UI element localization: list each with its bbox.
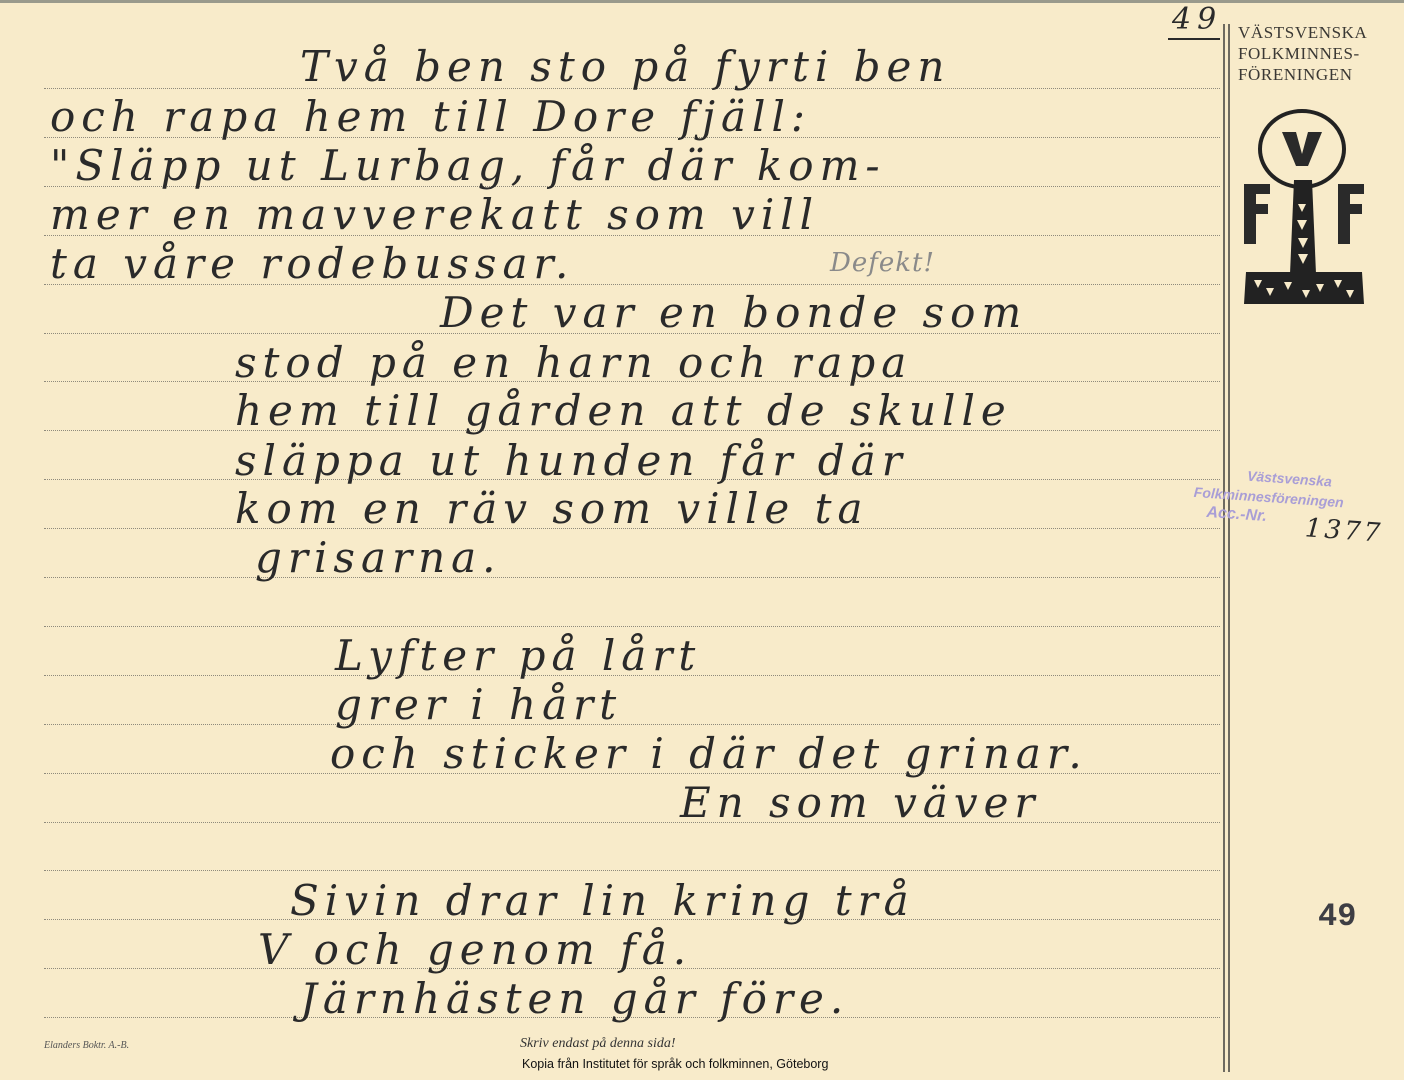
printer-imprint: Elanders Boktr. A.-B.	[44, 1040, 129, 1051]
accession-number: 1377	[1304, 513, 1384, 548]
manuscript-line: mer en mavverekatt som vill	[50, 194, 819, 236]
manuscript-line: "Släpp ut Lurbag, får där kom-	[50, 145, 886, 187]
copy-notice: Kopia från Institutet för språk och folk…	[522, 1057, 828, 1071]
handwritten-page-number: 49	[1172, 2, 1222, 37]
manuscript-line: hem till gården att de skulle	[235, 390, 1012, 432]
manuscript-line: Järnhästen går före.	[300, 978, 849, 1020]
manuscript-line: Två ben sto på fyrti ben	[300, 46, 950, 88]
manuscript-line: kom en räv som ville ta	[235, 488, 869, 530]
ruled-line	[44, 577, 1220, 578]
manuscript-line: grer i hårt	[335, 684, 622, 726]
manuscript-line: grisarna.	[255, 537, 502, 579]
manuscript-line: V och genom få.	[258, 929, 692, 971]
ruled-line	[44, 626, 1220, 627]
ruled-line	[44, 724, 1220, 725]
manuscript-line: Det var en bonde som	[440, 292, 1027, 334]
thors-hammer-vff-logo-icon	[1238, 104, 1370, 314]
form-instruction: Skriv endast på denna sida!	[520, 1036, 676, 1052]
margin-rule-outer	[1228, 24, 1230, 1072]
manuscript-line: och sticker i där det grinar.	[330, 733, 1088, 775]
pencil-annotation-defekt: Defekt!	[830, 250, 935, 276]
ruled-line	[44, 870, 1220, 871]
manuscript-line: Lyfter på lårt	[335, 635, 701, 677]
manuscript-line: släppa ut hunden får där	[235, 440, 908, 482]
ruled-line	[44, 822, 1220, 823]
manuscript-line: och rapa hem till Dore fjäll:	[50, 96, 811, 138]
page-number-underline	[1168, 38, 1220, 40]
stamped-page-number: 49	[1318, 898, 1356, 935]
org-line-2: FOLKMINNES-	[1238, 43, 1367, 64]
margin-rule-inner	[1223, 24, 1225, 1072]
manuscript-line: Sivin drar lin kring trå	[290, 880, 915, 922]
manuscript-line: stod på en harn och rapa	[235, 342, 912, 384]
org-line-3: FÖRENINGEN	[1238, 64, 1367, 85]
letterhead-org-name: VÄSTSVENSKA FOLKMINNES- FÖRENINGEN	[1238, 22, 1367, 85]
manuscript-line: ta våre rodebussar.	[50, 243, 574, 285]
org-line-1: VÄSTSVENSKA	[1238, 22, 1367, 43]
manuscript-line: En som väver	[680, 782, 1041, 824]
